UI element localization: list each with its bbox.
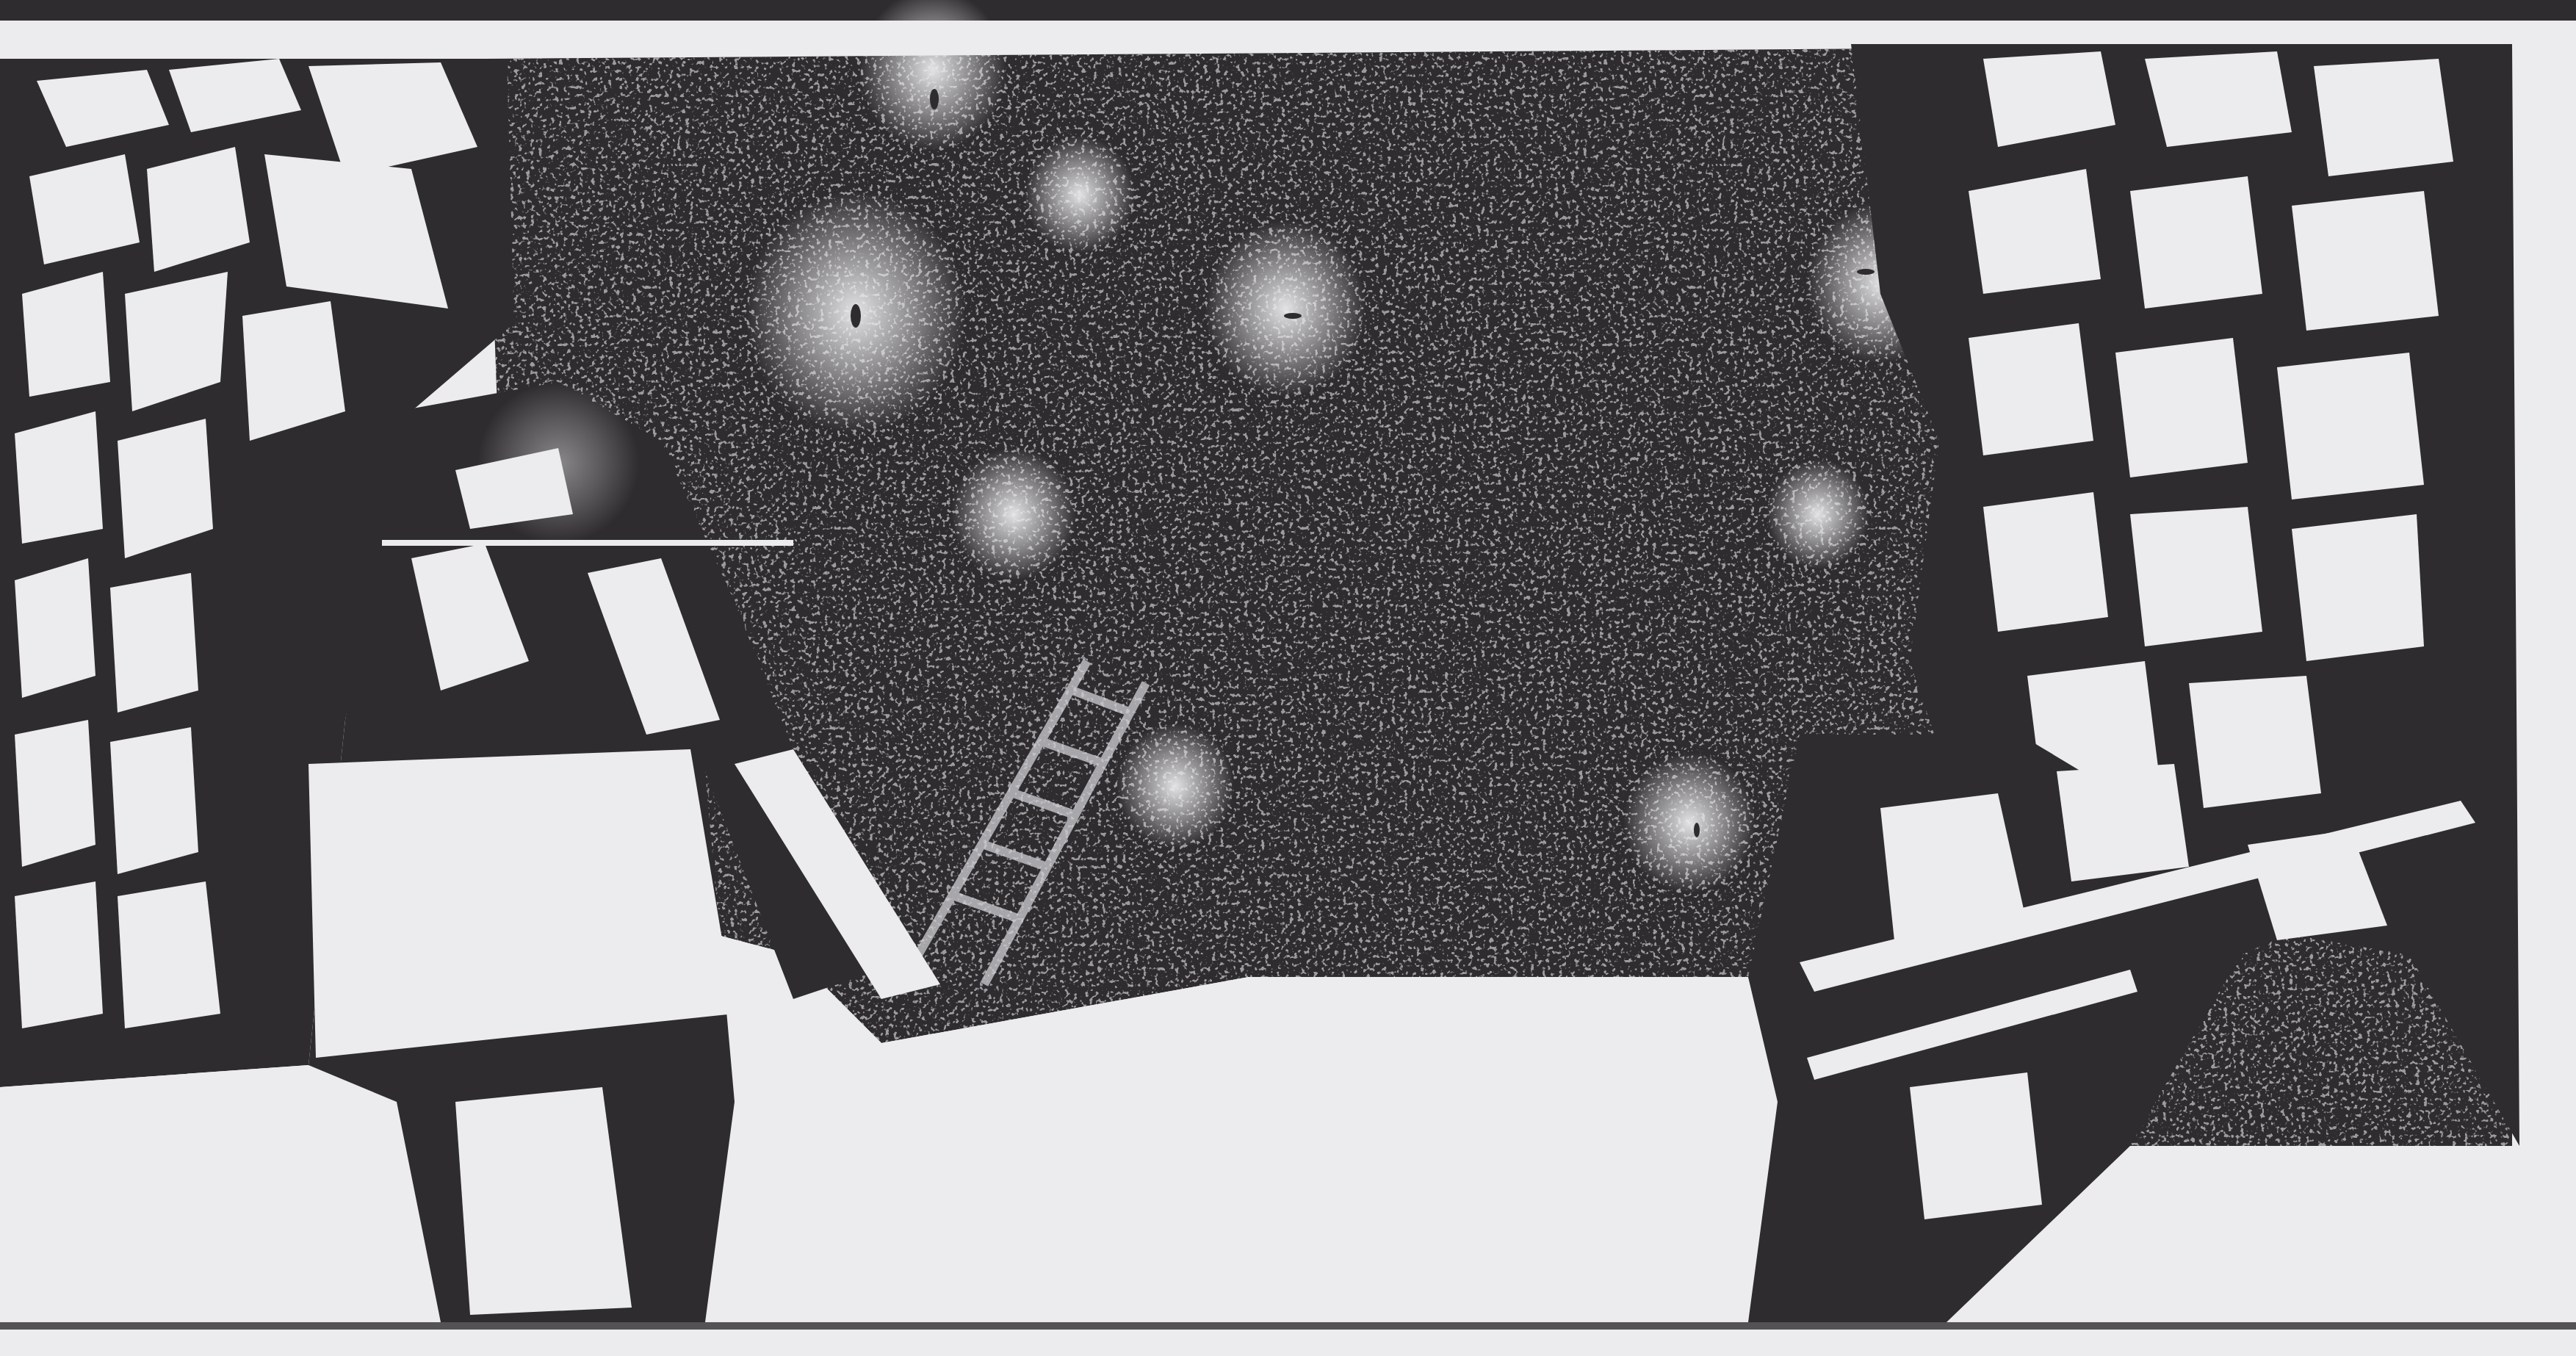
bottom-border-line [0,1322,2576,1330]
linocut-artwork [0,0,2576,1356]
